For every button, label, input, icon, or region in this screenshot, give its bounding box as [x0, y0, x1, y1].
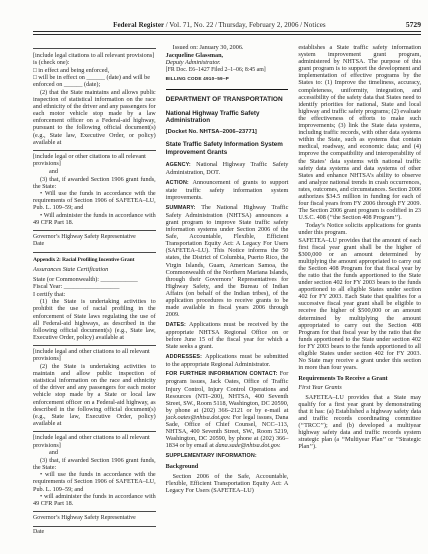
signature-label: Governor’s Highway Safety Representative — [33, 515, 156, 522]
page-header: Federal Register / Vol. 71, No. 22 / Thu… — [33, 20, 421, 35]
labeled-paragraph: ADDRESSES: Applications must be submitte… — [166, 353, 289, 368]
paragraph: SAFETEA–LU provides that a State may qua… — [298, 394, 421, 451]
column-left: [include legal citations to all relevant… — [33, 44, 156, 537]
paragraph: • will administer the funds in accordanc… — [33, 493, 156, 507]
text-line: □ will be in effect on ______ (date) and… — [33, 74, 156, 88]
paragraph: (3) that, if awarded Section 1906 grant … — [33, 176, 156, 190]
field-label: DATES: — [166, 322, 189, 328]
text-run: dana.sade@nhtsa.dot.gov. — [215, 442, 280, 449]
section-divider — [166, 89, 289, 90]
signature-label: Date — [33, 241, 156, 248]
text-line: [include legal or other citations to all… — [33, 153, 156, 167]
signature-line — [33, 526, 156, 527]
field-label: SUPPLEMENTARY INFORMATION: — [166, 453, 257, 459]
document-title: State Traffic Safety Information System … — [166, 141, 289, 156]
header-double-rule — [33, 31, 421, 35]
text-line: [include legal and other citations to al… — [33, 434, 156, 448]
paragraph: (2) the State is undertaking activities … — [33, 363, 156, 427]
paragraph: Section 2006 of the Safe, Accountable, F… — [166, 473, 289, 494]
billing-code: BILLING CODE 4910–59–P — [166, 75, 289, 82]
text-line: and — [33, 449, 156, 456]
signature-line — [33, 150, 156, 151]
text-line: [include legal and other citations to al… — [33, 348, 156, 362]
text-line: and — [33, 168, 156, 175]
fr-doc-line: [FR Doc. E6–1427 Filed 2–1–06; 8:45 am] — [166, 67, 289, 74]
subsection-heading: First Year Grants — [298, 384, 421, 391]
header-title: Federal Register / Vol. 71, No. 22 / Thu… — [33, 21, 406, 29]
page-number: 5729 — [406, 20, 421, 29]
smallcaps-heading: SUPPLEMENTARY INFORMATION: — [166, 452, 289, 460]
paragraph: establishes a State traffic safety infor… — [298, 44, 421, 221]
labeled-paragraph: DATES: Applications must be received by … — [166, 321, 289, 350]
signature-line — [33, 431, 156, 432]
paragraph: Issued on: January 30, 2006. — [166, 44, 289, 51]
text-line: I certify that: — [33, 291, 156, 298]
text-run: jack.oates@nhtsa.dot.gov. — [166, 414, 231, 421]
text-line: is (check one): — [33, 59, 156, 66]
federal-register-page: Federal Register / Vol. 71, No. 22 / Thu… — [0, 0, 428, 554]
signature-line — [33, 511, 156, 512]
paragraph: (1) the State is undertaking activities … — [33, 298, 156, 341]
paragraph: SAFETEA–LU provides that the amount of e… — [298, 237, 421, 372]
paragraph: • will use the funds in accordance with … — [33, 471, 156, 492]
text-run: The National Highway Traffic Safety Admi… — [166, 204, 289, 318]
text-line: Fiscal Year: __________________ — [33, 283, 156, 290]
column-right: establishes a State traffic safety infor… — [298, 44, 421, 537]
labeled-paragraph: FOR FURTHER INFORMATION CONTACT: For pro… — [166, 370, 289, 449]
docket-number: [Docket No. NHTSA–2006–23771] — [166, 129, 289, 136]
text-line: [include legal citations to all relevant… — [33, 52, 156, 59]
labeled-paragraph: ACTION: Announcement of grants to suppor… — [166, 179, 289, 201]
field-label: AGENCY: — [166, 162, 196, 168]
signature-label: Governor’s Highway Safety Representative — [33, 234, 156, 241]
signature-label: Date — [33, 529, 156, 536]
section-heading: Requirements To Receive a Grant — [298, 375, 421, 382]
field-label: SUMMARY: — [166, 205, 202, 211]
signer-name: Jacqueline Glassman, — [166, 52, 289, 59]
text-line: □ in effect and being enforced, — [33, 67, 156, 74]
labeled-paragraph: SUMMARY: The National Highway Traffic Sa… — [166, 204, 289, 319]
column-middle: Issued on: January 30, 2006.Jacqueline G… — [166, 44, 289, 537]
labeled-paragraph: AGENCY: National Highway Traffic Safety … — [166, 161, 289, 176]
content-columns: [include legal citations to all relevant… — [33, 44, 421, 537]
field-label: FOR FURTHER INFORMATION CONTACT: — [166, 371, 280, 377]
signature-line — [33, 230, 156, 231]
signature-line — [33, 345, 156, 346]
issue-info: / Vol. 71, No. 22 / Thursday, February 2… — [164, 21, 325, 29]
signature-line — [33, 252, 156, 253]
signature-line — [33, 48, 156, 49]
section-heading: Background — [166, 463, 289, 470]
signer-title: Deputy Administrator. — [166, 59, 289, 66]
running-head: Federal Register / Vol. 71, No. 22 / Thu… — [33, 20, 421, 29]
field-label: ACTION: — [166, 180, 193, 186]
subsection-heading: Assurances State Certification — [33, 266, 156, 273]
agency-heading: National Highway Traffic Safety Administ… — [166, 110, 289, 125]
paragraph: (3) that, if awarded Section 1906 grant … — [33, 457, 156, 471]
paragraph: • Will administer the funds in accordanc… — [33, 212, 156, 226]
appendix-heading: Appendix 2: Racial Profiling Incentive G… — [33, 257, 156, 264]
journal-name: Federal Register — [113, 21, 164, 29]
department-heading: DEPARTMENT OF TRANSPORTATION — [166, 96, 289, 104]
paragraph: Today’s Notice solicits applications for… — [298, 222, 421, 236]
text-line: State (or Commonwealth): ____________ — [33, 276, 156, 283]
paragraph: • Will use the funds in accordance with … — [33, 190, 156, 211]
paragraph: (2) that the State maintains and allows … — [33, 89, 156, 146]
field-label: ADDRESSES: — [166, 354, 206, 360]
